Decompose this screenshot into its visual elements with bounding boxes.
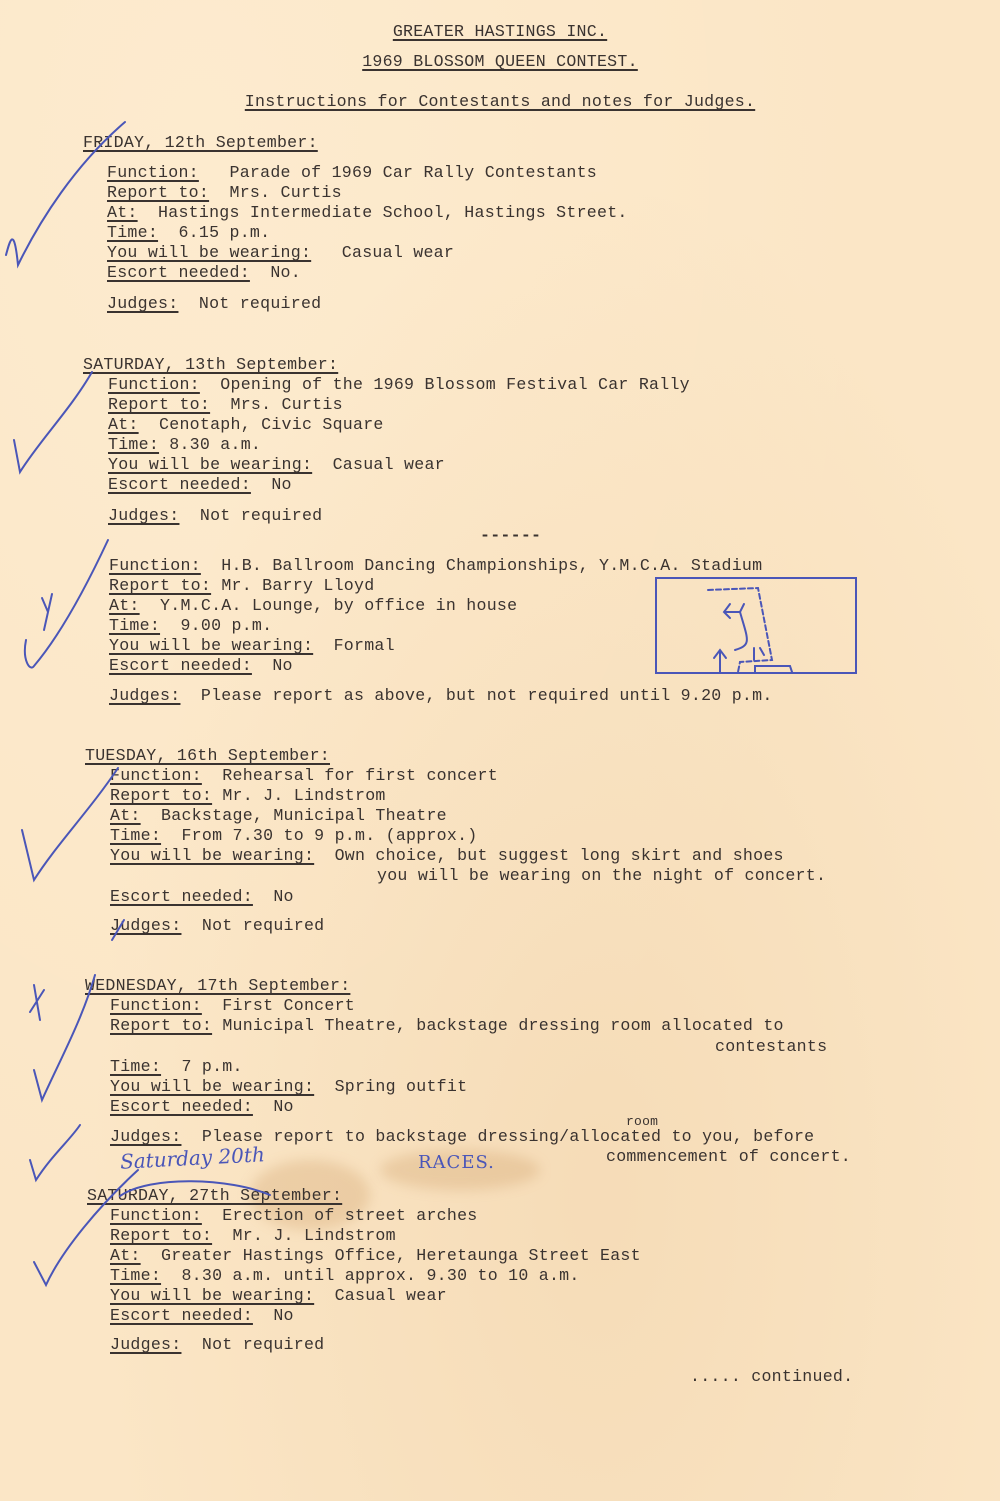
time-line: Time: 7 p.m. <box>110 1057 243 1077</box>
wearing-cont: you will be wearing on the night of conc… <box>377 866 826 886</box>
function-line: Function: H.B. Ballroom Dancing Champion… <box>109 556 762 576</box>
contest-title: 1969 BLOSSOM QUEEN CONTEST. <box>0 52 1000 72</box>
report-to-line: Report to: Mr. J. Lindstrom <box>110 1226 396 1246</box>
escort-line: Escort needed: No <box>110 1097 294 1117</box>
cross-icon <box>42 594 52 630</box>
judges-line: Judges: Not required <box>110 916 324 936</box>
event-day: SATURDAY, 27th September: <box>87 1186 342 1206</box>
checkmark-icon <box>14 372 92 472</box>
org-title: GREATER HASTINGS INC. <box>0 22 1000 42</box>
at-line: At: Y.M.C.A. Lounge, by office in house <box>109 596 517 616</box>
sketch-map-box <box>656 578 856 673</box>
handwritten-races-note: RACES. <box>418 1152 495 1173</box>
event-day: FRIDAY, 12th September: <box>83 133 318 153</box>
continued-note: ..... continued. <box>690 1367 853 1387</box>
judges-line: Judges: Not required <box>107 294 321 314</box>
checkmark-icon <box>22 768 118 880</box>
function-line: Function: Erection of street arches <box>110 1206 478 1226</box>
event-day: SATURDAY, 13th September: <box>83 355 338 375</box>
escort-line: Escort needed: No <box>109 656 293 676</box>
report-to-line: Report to: Mr. J. Lindstrom <box>110 786 386 806</box>
time-line: Time: 9.00 p.m. <box>109 616 272 636</box>
function-line: Function: Rehearsal for first concert <box>110 766 498 786</box>
wearing-line: You will be wearing: Casual wear <box>110 1286 447 1306</box>
escort-line: Escort needed: No <box>110 887 294 907</box>
function-line: Function: First Concert <box>110 996 355 1016</box>
separator: ------ <box>480 526 541 546</box>
judges-line: Judges: Please report as above, but not … <box>109 686 773 706</box>
report-to-line: Report to: Mrs. Curtis <box>107 183 342 203</box>
at-line: At: Hastings Intermediate School, Hastin… <box>107 203 628 223</box>
report-to-line: Report to: Mr. Barry Lloyd <box>109 576 374 596</box>
event-day: WEDNESDAY, 17th September: <box>85 976 350 996</box>
subtitle: Instructions for Contestants and notes f… <box>0 92 1000 112</box>
wearing-line: You will be wearing: Casual wear <box>108 455 445 475</box>
escort-line: Escort needed: No <box>108 475 292 495</box>
checkmark-icon <box>30 1125 80 1180</box>
time-line: Time: 8.30 a.m. <box>108 435 261 455</box>
escort-line: Escort needed: No <box>110 1306 294 1326</box>
judges-line: Judges: Not required <box>108 506 322 526</box>
event-day: TUESDAY, 16th September: <box>85 746 330 766</box>
wearing-line: You will be wearing: Formal <box>109 636 395 656</box>
report-to-cont: contestants <box>715 1037 827 1057</box>
time-line: Time: 6.15 p.m. <box>107 223 270 243</box>
judges-cont: commencement of concert. <box>606 1147 851 1167</box>
function-line: Function: Opening of the 1969 Blossom Fe… <box>108 375 690 395</box>
wearing-line: You will be wearing: Own choice, but sug… <box>110 846 784 866</box>
checkmark-icon <box>25 540 108 668</box>
at-line: At: Greater Hastings Office, Heretaunga … <box>110 1246 641 1266</box>
report-to-line: Report to: Municipal Theatre, backstage … <box>110 1016 784 1036</box>
time-line: Time: 8.30 a.m. until approx. 9.30 to 10… <box>110 1266 580 1286</box>
wearing-line: You will be wearing: Spring outfit <box>110 1077 467 1097</box>
at-line: At: Backstage, Municipal Theatre <box>110 806 447 826</box>
function-line: Function: Parade of 1969 Car Rally Conte… <box>107 163 597 183</box>
wearing-line: You will be wearing: Casual wear <box>107 243 454 263</box>
escort-line: Escort needed: No. <box>107 263 301 283</box>
report-to-line: Report to: Mrs. Curtis <box>108 395 343 415</box>
time-line: Time: From 7.30 to 9 p.m. (approx.) <box>110 826 478 846</box>
judges-line: Judges: Not required <box>110 1335 324 1355</box>
at-line: At: Cenotaph, Civic Square <box>108 415 384 435</box>
cross-icon <box>30 985 44 1020</box>
